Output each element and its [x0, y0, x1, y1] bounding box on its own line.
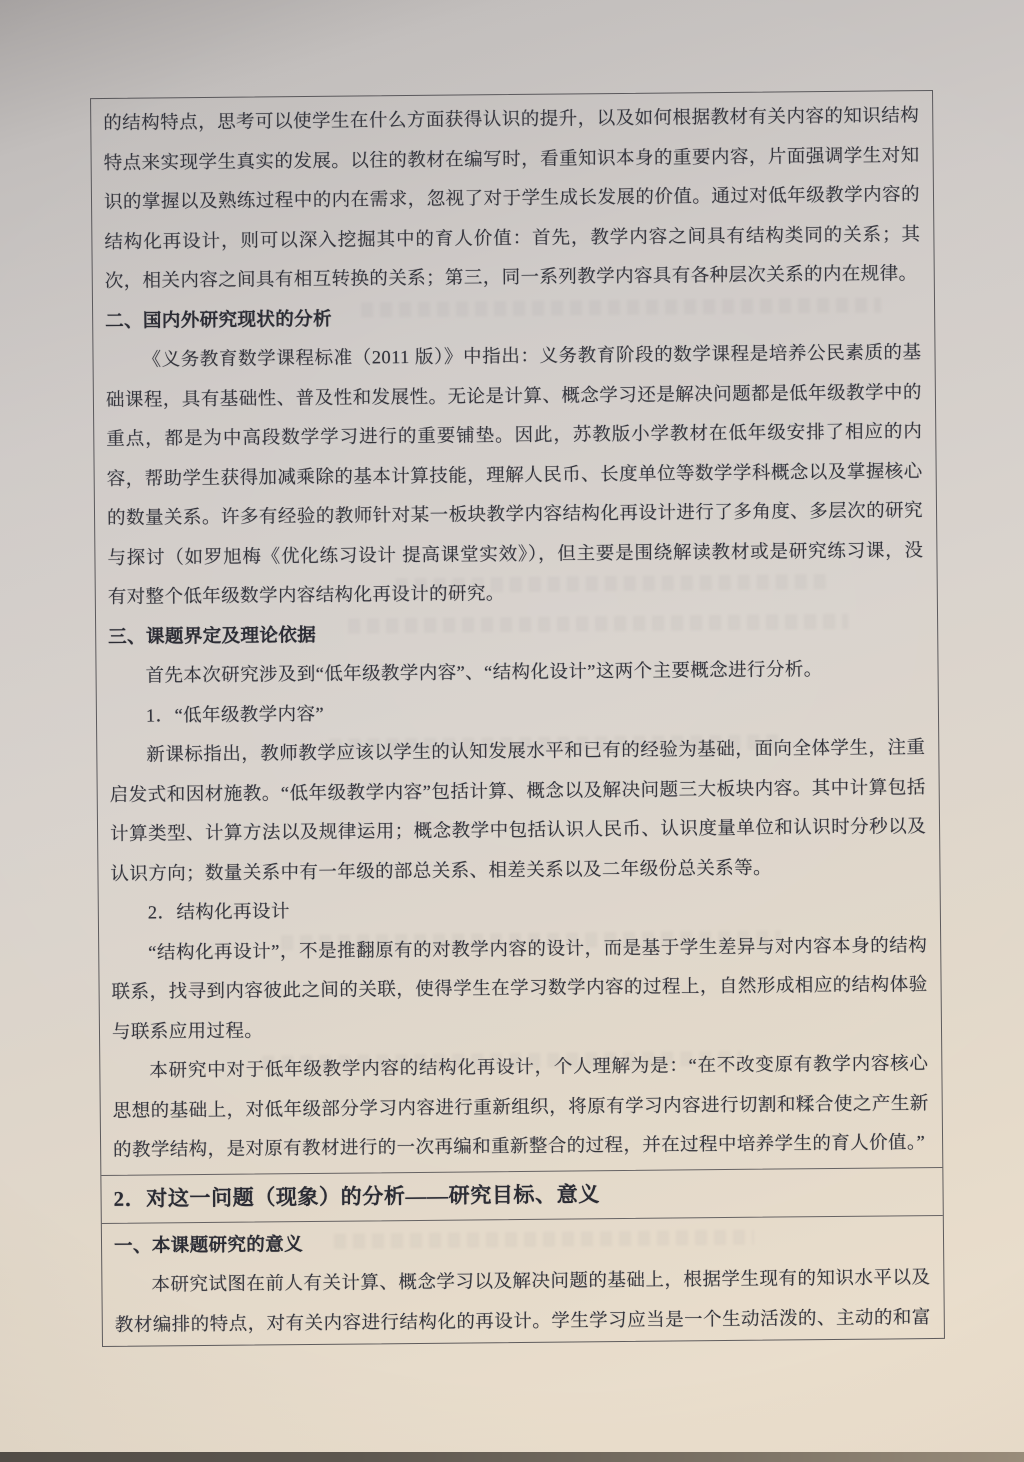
paragraph: 的结构特点，思考可以使学生在什么方面获得认识的提升，以及如何根据教材有关内容的知…: [103, 97, 921, 302]
table-cell-bottom: 一、本课题研究的意义本研究试图在前人有关计算、概念学习以及解决问题的基础上，根据…: [102, 1215, 944, 1345]
paragraph: “结构化再设计”，不是推翻原有的对教学内容的设计，而是基于学生差异与对内容本身的…: [111, 927, 928, 1053]
desk-edge: [0, 1452, 1024, 1462]
paragraph: 本研究中对于低年级教学内容的结构化再设计，个人理解为是：“在不改变原有教学内容核…: [112, 1045, 929, 1171]
paragraph: 《义务教育数学课程标准（2011 版）》中指出：义务教育阶段的数学课程是培养公民…: [105, 334, 924, 618]
table-row-section-2: 2．对这一问题（现象）的分析——研究目标、意义: [101, 1166, 942, 1223]
paragraph: 本研究试图在前人有关计算、概念学习以及解决问题的基础上，根据学生现有的知识水平以…: [114, 1259, 931, 1345]
paragraph: 首先本次研究涉及到“低年级教学内容”、“结构化设计”这两个主要概念进行分析。: [108, 650, 924, 697]
research-proposal-table: 的结构特点，思考可以使学生在什么方面获得认识的提升，以及如何根据教材有关内容的知…: [90, 90, 945, 1347]
table-cell-main: 的结构特点，思考可以使学生在什么方面获得认识的提升，以及如何根据教材有关内容的知…: [91, 91, 942, 1175]
section-2-title: 2．对这一问题（现象）的分析——研究目标、意义: [113, 1171, 929, 1219]
paragraph: 新课标指出，教师教学应该以学生的认知发展水平和已有的经验为基础，面向全体学生，注…: [109, 729, 926, 895]
photographed-page: 的结构特点，思考可以使学生在什么方面获得认识的提升，以及如何根据教材有关内容的知…: [0, 0, 1024, 1462]
